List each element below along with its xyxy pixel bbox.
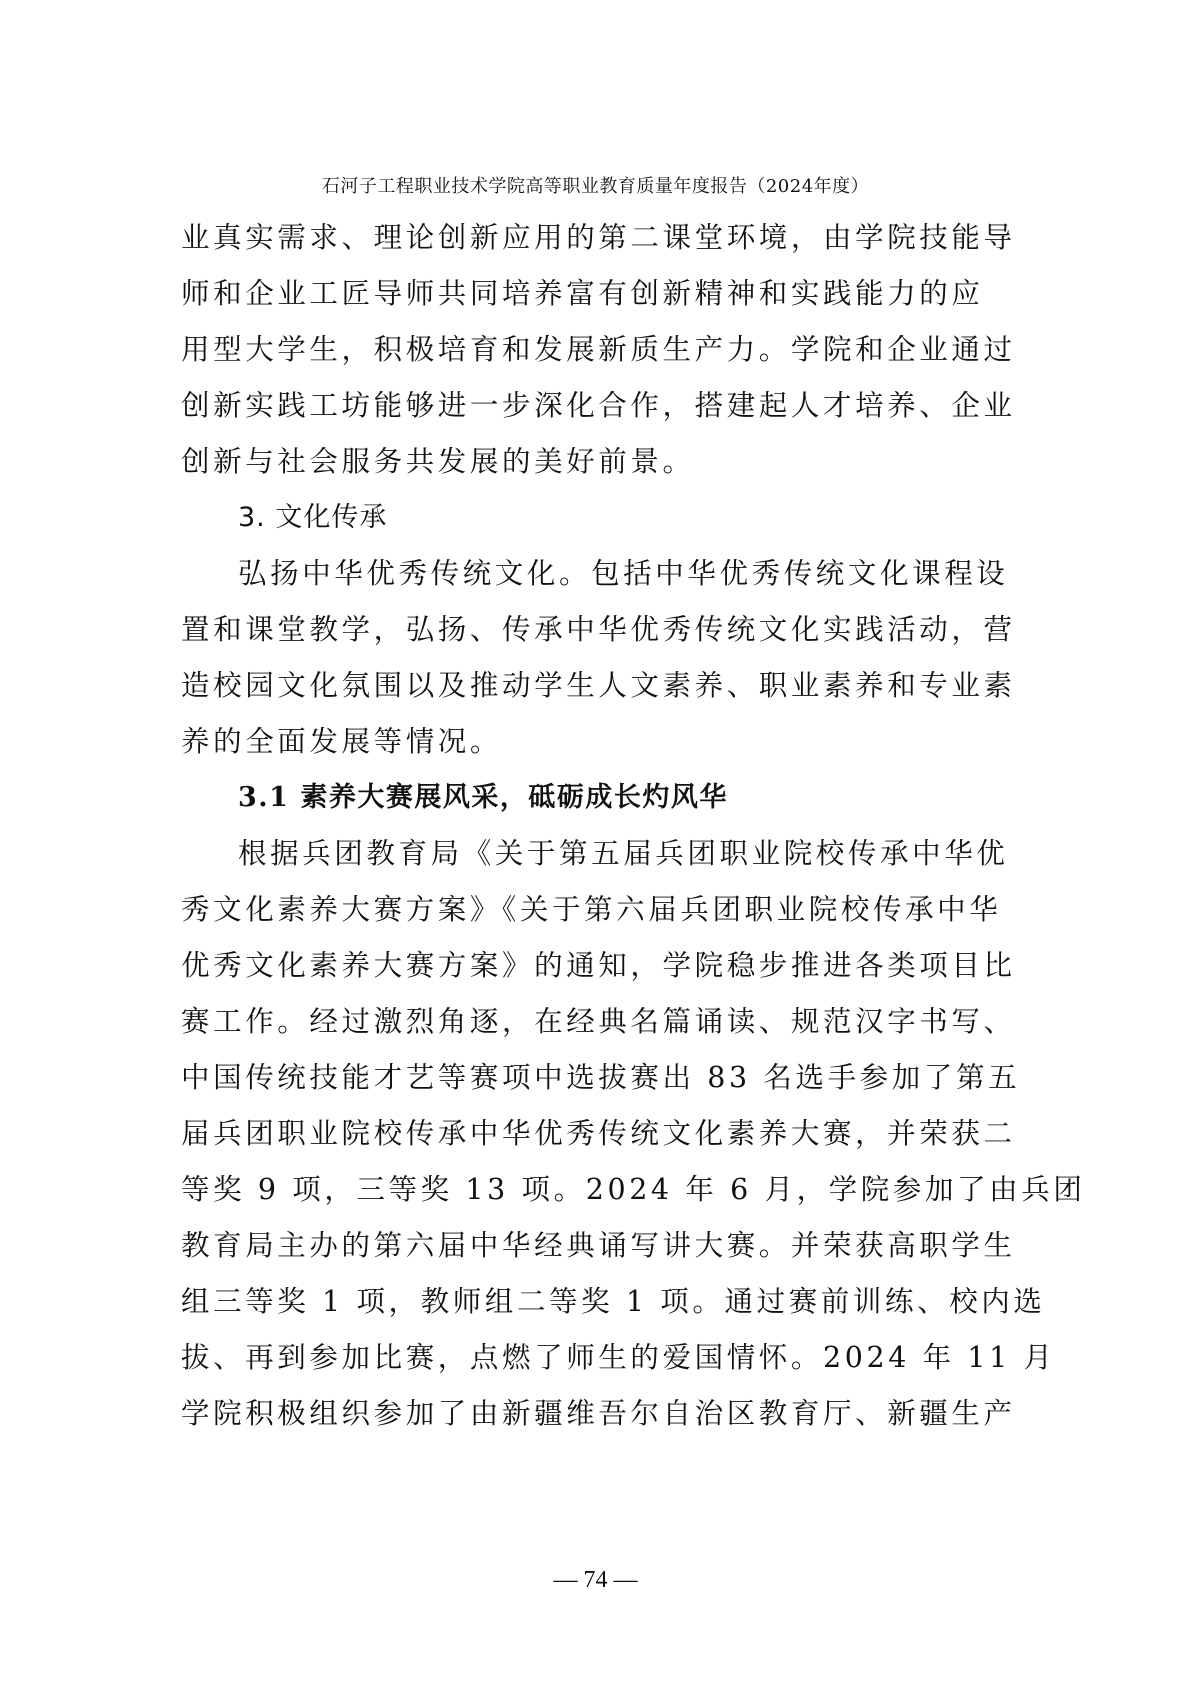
body-line: 拔、再到参加比赛，点燃了师生的爱国情怀。2024 年 11 月 [181, 1330, 1011, 1386]
page-number: — 74 — [0, 1567, 1191, 1594]
body-line: 创新实践工坊能够进一步深化合作，搭建起人才培养、企业 [181, 378, 1011, 434]
section-heading: 3. 文化传承 [181, 490, 1011, 546]
body-line: 学院积极组织参加了由新疆维吾尔自治区教育厅、新疆生产 [181, 1386, 1011, 1442]
body-line: 师和企业工匠导师共同培养富有创新精神和实践能力的应 [181, 266, 1011, 322]
running-header: 石河子工程职业技术学院高等职业教育质量年度报告（2024年度） [0, 172, 1191, 198]
body-line: 组三等奖 1 项，教师组二等奖 1 项。通过赛前训练、校内选 [181, 1274, 1011, 1330]
body-line: 创新与社会服务共发展的美好前景。 [181, 434, 1011, 490]
body-line: 造校园文化氛围以及推动学生人文素养、职业素养和专业素 [181, 658, 1011, 714]
body-line: 置和课堂教学，弘扬、传承中华优秀传统文化实践活动，营 [181, 602, 1011, 658]
body-line: 中国传统技能才艺等赛项中选拔赛出 83 名选手参加了第五 [181, 1050, 1011, 1106]
body-line: 根据兵团教育局《关于第五届兵团职业院校传承中华优 [181, 826, 1011, 882]
page-body: 业真实需求、理论创新应用的第二课堂环境，由学院技能导 师和企业工匠导师共同培养富… [181, 210, 1011, 1442]
body-line: 赛工作。经过激烈角逐，在经典名篇诵读、规范汉字书写、 [181, 994, 1011, 1050]
body-line: 优秀文化素养大赛方案》的通知，学院稳步推进各类项目比 [181, 938, 1011, 994]
body-line: 届兵团职业院校传承中华优秀传统文化素养大赛，并荣获二 [181, 1106, 1011, 1162]
body-line: 用型大学生，积极培育和发展新质生产力。学院和企业通过 [181, 322, 1011, 378]
body-line: 养的全面发展等情况。 [181, 714, 1011, 770]
body-line: 弘扬中华优秀传统文化。包括中华优秀传统文化课程设 [181, 546, 1011, 602]
body-line: 教育局主办的第六届中华经典诵写讲大赛。并荣获高职学生 [181, 1218, 1011, 1274]
body-line: 秀文化素养大赛方案》《关于第六届兵团职业院校传承中华 [181, 882, 1011, 938]
body-line: 等奖 9 项，三等奖 13 项。2024 年 6 月，学院参加了由兵团 [181, 1162, 1011, 1218]
body-line: 业真实需求、理论创新应用的第二课堂环境，由学院技能导 [181, 210, 1011, 266]
subsection-heading: 3.1 素养大赛展风采，砥砺成长灼风华 [181, 770, 1011, 826]
